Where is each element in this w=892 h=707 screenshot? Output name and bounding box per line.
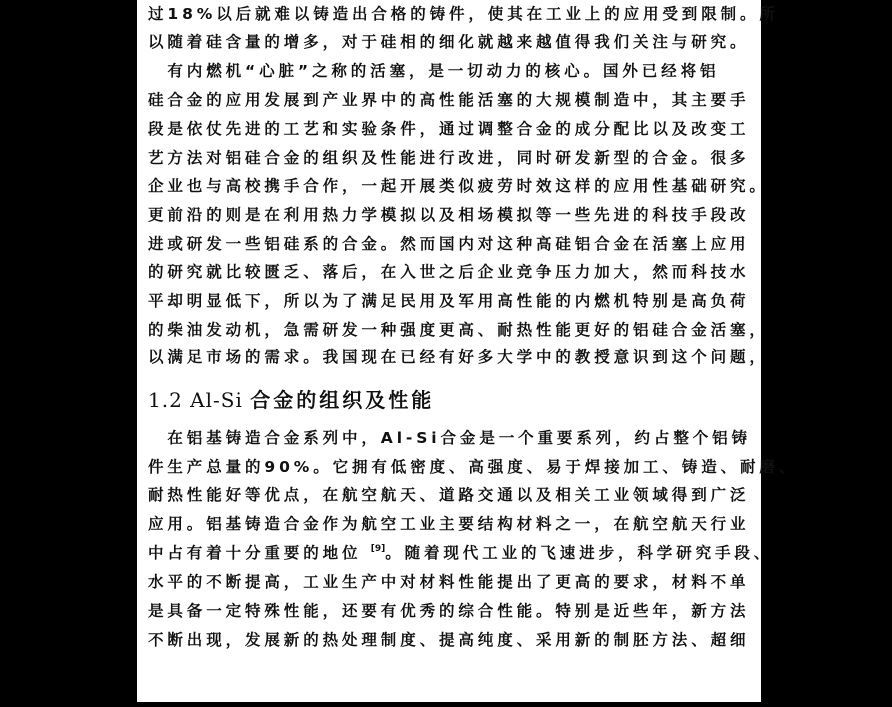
text-line: 不断出现，发展新的热处理制度、提高纯度、采用新的制胚方法、超细 — [148, 630, 748, 650]
text-line: 平却明显低下，所以为了满足民用及军用高性能的内燃机特别是高负荷 — [148, 291, 748, 311]
text-line: 应用。铝基铸造合金作为航空工业主要结构材料之一，在航空航天行业 — [148, 514, 748, 534]
citation-ref: [9] — [371, 544, 386, 554]
text-line: 是具备一定特殊性能，还要有优秀的综合性能。特别是近些年，新方法 — [148, 601, 748, 621]
text-line: 进或研发一些铝硅系的合金。然而国内对这种高硅铝合金在活塞上应用 — [148, 234, 748, 254]
text-line: 有内燃机“心脏”之称的活塞，是一切动力的核心。国外已经将铝 — [148, 61, 748, 81]
text-line: 以随着硅含量的增多，对于硅相的细化就越来越值得我们关注与研究。 — [148, 32, 748, 52]
text-line-citation-9: 中占有着十分重要的地位 [9]。随着现代工业的飞速进步，科学研究手段、 — [148, 543, 748, 563]
document-page: 过18%以后就难以铸造出合格的铸件，使其在工业上的应用受到限制。所 以随着硅含量… — [137, 0, 761, 702]
text-line: 耐热性能好等优点，在航空航天、道路交通以及相关工业领域得到广泛 — [148, 485, 748, 505]
text-line: 的研究就比较匮乏、落后，在入世之后企业竞争压力加大，然而科技水 — [148, 262, 748, 282]
text-segment: 中占有着十分重要的地位 — [148, 544, 371, 562]
text-line: 的柴油发动机，急需研发一种强度更高、耐热性能更好的铝硅合金活塞， — [148, 320, 748, 340]
section-title: 合金的组织及性能 — [250, 388, 434, 412]
text-line: 水平的不断提高，工业生产中对材料性能提出了更高的要求，材料不单 — [148, 572, 748, 592]
text-line: 硅合金的应用发展到产业界中的高性能活塞的大规模制造中，其主要手 — [148, 90, 748, 110]
section-heading: 1.2 Al-Si 合金的组织及性能 — [148, 384, 434, 413]
text-line: 更前沿的则是在利用热力学模拟以及相场模拟等一些先进的科技手段改 — [148, 205, 748, 225]
text-line: 在铝基铸造合金系列中，Al-Si合金是一个重要系列，约占整个铝铸 — [148, 428, 748, 448]
text-line: 件生产总量的90%。它拥有低密度、高强度、易于焊接加工、铸造、耐磨、 — [148, 457, 748, 477]
text-line: 企业也与高校携手合作，一起开展类似疲劳时效这样的应用性基础研究。 — [148, 176, 748, 196]
text-line: 过18%以后就难以铸造出合格的铸件，使其在工业上的应用受到限制。所 — [148, 4, 748, 24]
text-segment: 。随着现代工业的飞速进步，科学研究手段、 — [385, 544, 773, 562]
section-number: 1.2 Al-Si — [148, 388, 250, 412]
text-line: 艺方法对铝硅合金的组织及性能进行改进，同时研发新型的合金。很多 — [148, 148, 748, 168]
text-line: 段是依仗先进的工艺和实验条件，通过调整合金的成分配比以及改变工 — [148, 119, 748, 139]
text-line: 以满足市场的需求。我国现在已经有好多大学中的教授意识到这个问题， — [148, 347, 748, 367]
